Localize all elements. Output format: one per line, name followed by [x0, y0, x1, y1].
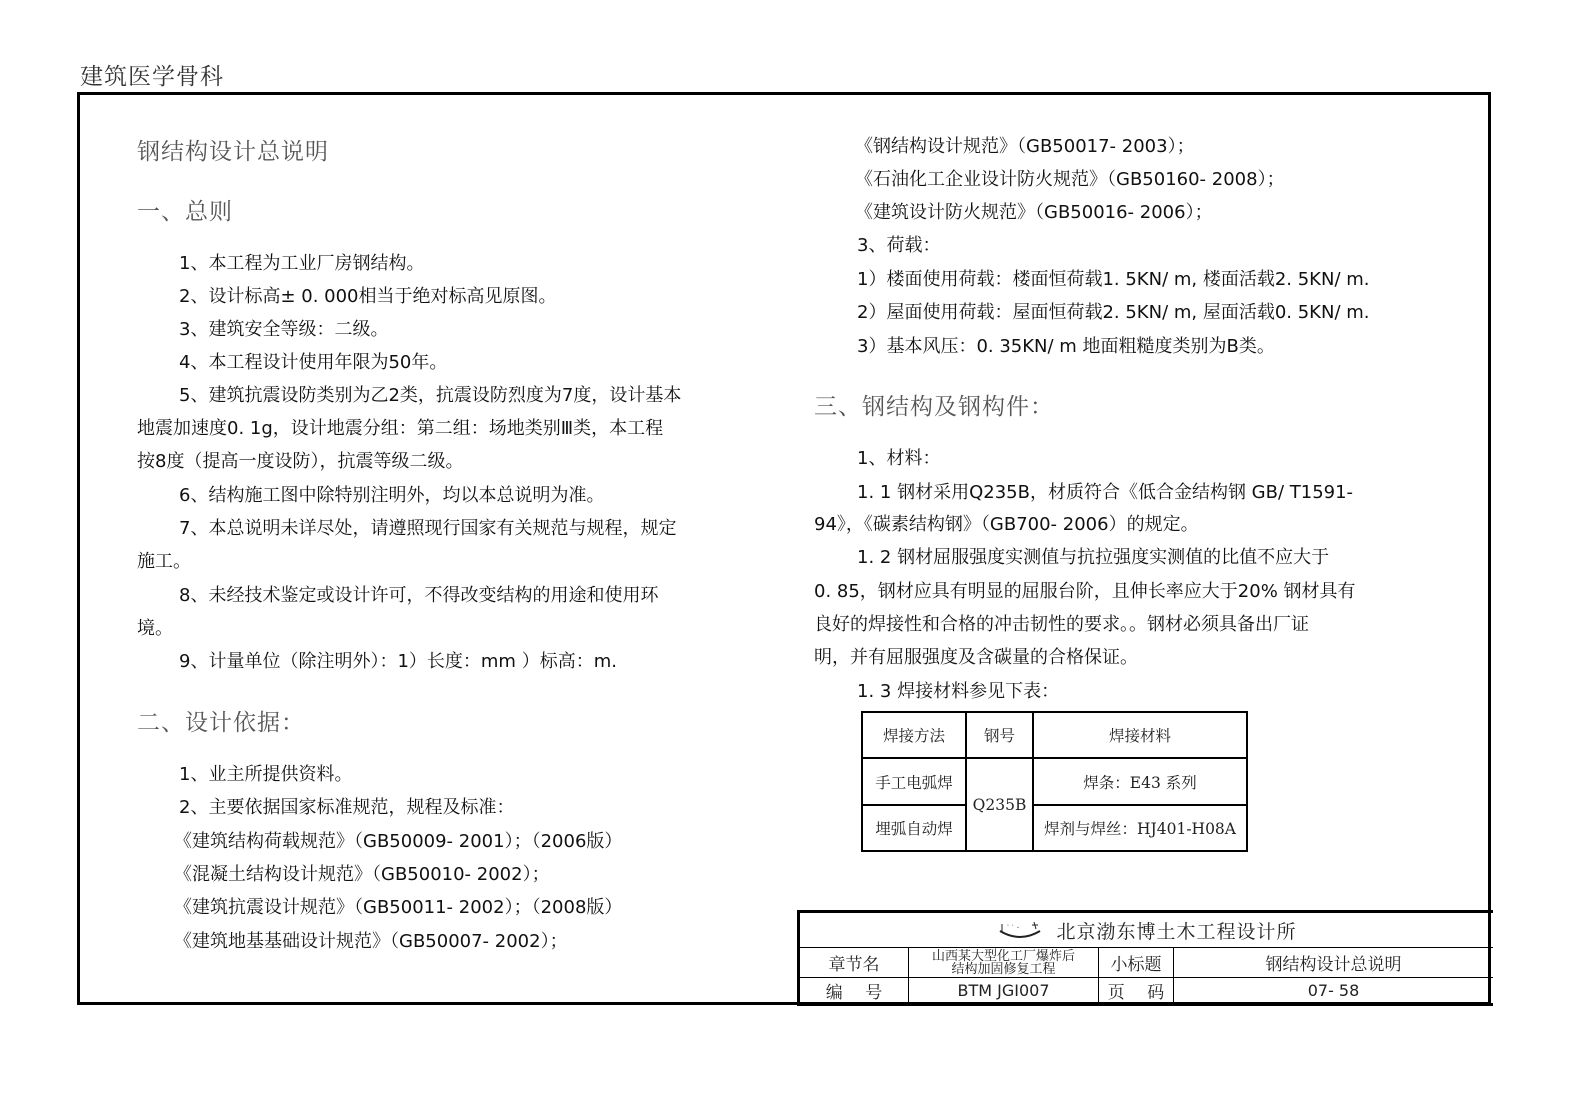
table-cell-method: 埋弧自动焊 [862, 805, 966, 851]
welding-materials-table: 焊接方法 钢号 焊接材料 手工电弧焊 Q235B 焊条：E43 系列 埋弧自动焊… [861, 711, 1248, 852]
text-line: 8、未经技术鉴定或设计许可，不得改变结构的用途和使用环 [179, 579, 658, 612]
table-cell-material: 焊条：E43 系列 [1033, 758, 1247, 805]
text-line: 3、荷载： [857, 229, 940, 262]
standard-reference: 《石油化工企业设计防火规范》（GB50160- 2008）； [855, 163, 1285, 196]
chapter-value: 山西某大型化工厂爆炸后 结构加固修复工程 [909, 948, 1099, 977]
title-block-company-row: ﾟ ﾞ ･ 北京渤东博土木工程设计所 [800, 913, 1493, 948]
subtitle-label: 小标题 [1099, 948, 1174, 977]
text-line: 3）基本风压：0. 35KN/ m 地面粗糙度类别为B类。 [857, 330, 1275, 363]
page-header-title: 建筑医学骨科 [80, 58, 224, 91]
text-line: 2、设计标高± 0. 000相当于绝对标高见原图。 [179, 280, 557, 313]
text-line: 1、材料： [857, 442, 940, 475]
text-line: 1. 1 钢材采用Q235B，材质符合《低合金结构钢 GB/ T1591- [857, 476, 1353, 509]
text-line: 施工。 [137, 545, 191, 578]
text-line: 1、业主所提供资料。 [179, 758, 352, 791]
chapter-label: 章节名 [800, 948, 909, 977]
text-line: 94》，《碳素结构钢》（GB700- 2006）的规定。 [814, 508, 1199, 541]
text-line: 2、主要依据国家标准规范，规程及标准： [179, 791, 514, 824]
text-line: 境。 [137, 612, 173, 645]
table-cell-material: 焊剂与焊丝：HJ401-H08A [1033, 805, 1247, 851]
number-value: BTM JGI007 [909, 978, 1099, 1003]
text-line: 1. 2 钢材屈服强度实测值与抗拉强度实测值的比值不应大于 [857, 541, 1329, 574]
section-heading-design-basis: 二、设计依据： [137, 704, 305, 737]
subtitle-value: 钢结构设计总说明 [1174, 948, 1493, 977]
table-row: 手工电弧焊 Q235B 焊条：E43 系列 [862, 758, 1247, 805]
table-header: 焊接方法 [862, 712, 966, 758]
table-cell-steel: Q235B [966, 758, 1033, 851]
title-block-row-number: 编 号 BTM JGI007 页 码 07- 58 [800, 978, 1493, 1006]
text-line: 7、本总说明未详尽处，请遵照现行国家有关规范与规程，规定 [179, 512, 676, 545]
text-line: 良好的焊接性和合格的冲击韧性的要求。。钢材必须具备出厂证 [814, 608, 1309, 641]
text-line: 3、建筑安全等级：二级。 [179, 313, 388, 346]
table-row: 埋弧自动焊 焊剂与焊丝：HJ401-H08A [862, 805, 1247, 851]
table-header: 钢号 [966, 712, 1033, 758]
document-title: 钢结构设计总说明 [137, 133, 329, 166]
page-value: 07- 58 [1174, 978, 1493, 1003]
text-line: 明，并有屈服强度及含碳量的合格保证。 [814, 641, 1138, 674]
standard-reference: 《钢结构设计规范》（GB50017- 2003）； [855, 130, 1195, 163]
text-line: 1. 3 焊接材料参见下表： [857, 675, 1059, 708]
text-line: 地震加速度0. 1g，设计地震分组：第二组：场地类别Ⅲ类，本工程 [137, 412, 663, 445]
section-heading-steel-structure: 三、钢结构及钢构件： [814, 388, 1054, 421]
text-line: 2）屋面使用荷载：屋面恒荷载2. 5KN/ m, 屋面活载0. 5KN/ m. [857, 296, 1370, 329]
standard-reference: 《建筑结构荷载规范》（GB50009- 2001）；（2006版） [174, 825, 622, 858]
standard-reference: 《建筑设计防火规范》（GB50016- 2006）； [855, 196, 1213, 229]
company-logo-icon: ﾟ ﾞ ･ [996, 919, 1044, 941]
text-line: 1）楼面使用荷载：楼面恒荷载1. 5KN/ m, 楼面活载2. 5KN/ m. [857, 263, 1370, 296]
title-block: ﾟ ﾞ ･ 北京渤东博土木工程设计所 章节名 山西某大型化工厂爆炸后 结构加固修… [797, 910, 1493, 1006]
chapter-value-line1: 山西某大型化工厂爆炸后 [932, 950, 1075, 963]
chapter-value-line2: 结构加固修复工程 [951, 963, 1055, 976]
text-line: 4、本工程设计使用年限为50年。 [179, 346, 447, 379]
page-label: 页 码 [1099, 978, 1174, 1003]
standard-reference: 《建筑抗震设计规范》（GB50011- 2002）；（2008版） [174, 891, 622, 924]
section-heading-general: 一、总则 [137, 193, 233, 226]
standard-reference: 《建筑地基基础设计规范》（GB50007- 2002）； [174, 925, 568, 958]
company-name: 北京渤东博土木工程设计所 [1056, 917, 1296, 944]
text-line: 6、结构施工图中除特别注明外，均以本总说明为准。 [179, 479, 604, 512]
table-header: 焊接材料 [1033, 712, 1247, 758]
table-header-row: 焊接方法 钢号 焊接材料 [862, 712, 1247, 758]
number-label: 编 号 [800, 978, 909, 1003]
text-line: 5、建筑抗震设防类别为乙2类，抗震设防烈度为7度，设计基本 [179, 379, 681, 412]
svg-text:ﾟ ﾞ ･: ﾟ ﾞ ･ [1007, 925, 1019, 932]
text-line: 9、计量单位（除注明外）：1）长度：mm ）标高：m. [179, 645, 617, 678]
text-line: 0. 85，钢材应具有明显的屈服台阶，且伸长率应大于20% 钢材具有 [814, 575, 1356, 608]
text-line: 按8度（提高一度设防），抗震等级二级。 [137, 445, 463, 478]
table-cell-method: 手工电弧焊 [862, 758, 966, 805]
standard-reference: 《混凝土结构设计规范》（GB50010- 2002）； [174, 858, 550, 891]
title-block-row-chapter: 章节名 山西某大型化工厂爆炸后 结构加固修复工程 小标题 钢结构设计总说明 [800, 948, 1493, 978]
text-line: 1、本工程为工业厂房钢结构。 [179, 247, 424, 280]
